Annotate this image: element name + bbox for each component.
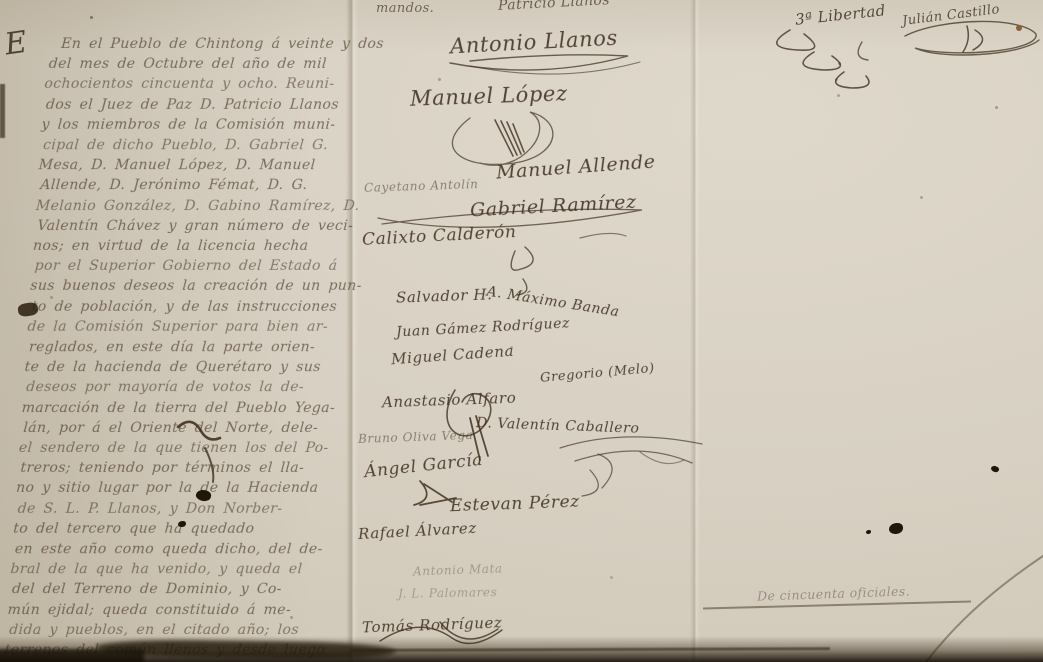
edge-mark [0,84,5,138]
alfaro-rubric [447,390,491,460]
garcia-rubric [414,481,456,505]
manuscript-photo: E En el Pueblo de Chintong á veinte y do… [0,0,1043,662]
lopez-rubric [452,112,552,165]
bottom-edge-shadow [0,636,1043,662]
foxing-spot [1016,25,1022,31]
check-scribble [178,422,220,482]
ramirez-flourish [378,209,642,227]
underline-flourish [450,55,640,74]
calderon-rubric [511,233,626,295]
zigzag-rubric [777,30,869,88]
paper-specks [90,16,93,19]
caballero-swoosh [560,437,702,496]
ink-marks-layer [0,0,1043,662]
